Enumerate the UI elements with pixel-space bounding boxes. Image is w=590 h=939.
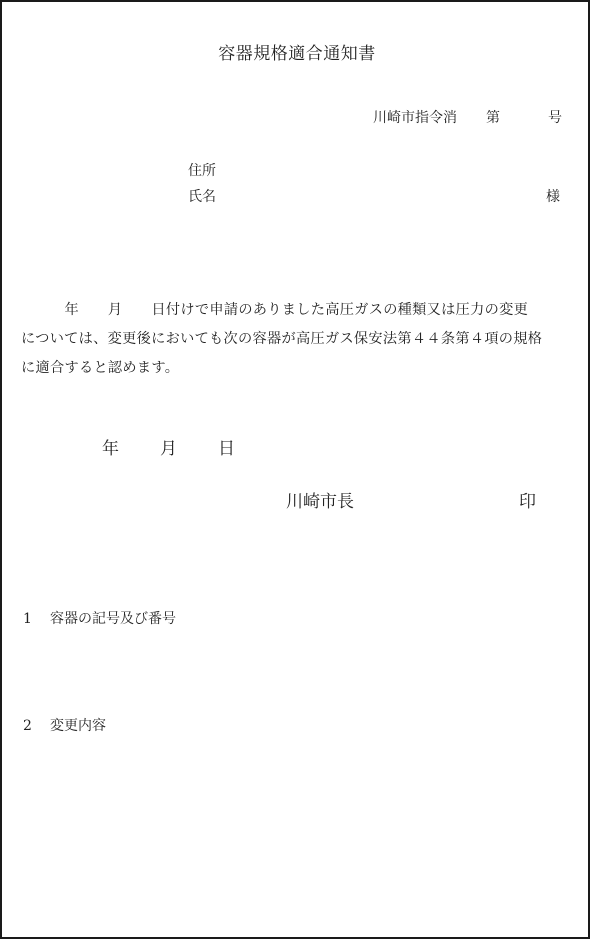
name-label: 氏名	[188, 190, 216, 204]
doc-number-issuer: 川崎市指令消	[373, 111, 457, 125]
address-label: 住所	[188, 164, 216, 178]
body-line-2: については、変更後においても次の容器が高圧ガス保安法第４４条第４項の規格	[21, 325, 573, 354]
doc-number-dai: 第	[486, 111, 500, 125]
item-1-label: 容器の記号及び番号	[50, 612, 176, 626]
body-line-3: に適合すると認めます。	[21, 354, 573, 383]
document-title: 容器規格適合通知書	[2, 46, 590, 63]
item-1-number: 1	[23, 612, 32, 626]
doc-number-go: 号	[548, 111, 562, 125]
body-line-1: 年 月 日付けで申請のありました高圧ガスの種類又は圧力の変更	[21, 296, 573, 325]
seal-mark: 印	[519, 494, 536, 511]
signatory-name: 川崎市長	[286, 494, 354, 511]
date-month: 月	[160, 441, 177, 458]
item-2-label: 変更内容	[50, 719, 106, 733]
honorific: 様	[546, 190, 560, 204]
date-day: 日	[218, 441, 235, 458]
date-year: 年	[102, 441, 119, 458]
item-2-number: 2	[23, 719, 32, 733]
body-paragraph: 年 月 日付けで申請のありました高圧ガスの種類又は圧力の変更 については、変更後…	[21, 296, 573, 383]
document-page: 容器規格適合通知書 川崎市指令消 第 号 住所 氏名 様 年 月 日付けで申請の…	[0, 0, 590, 939]
